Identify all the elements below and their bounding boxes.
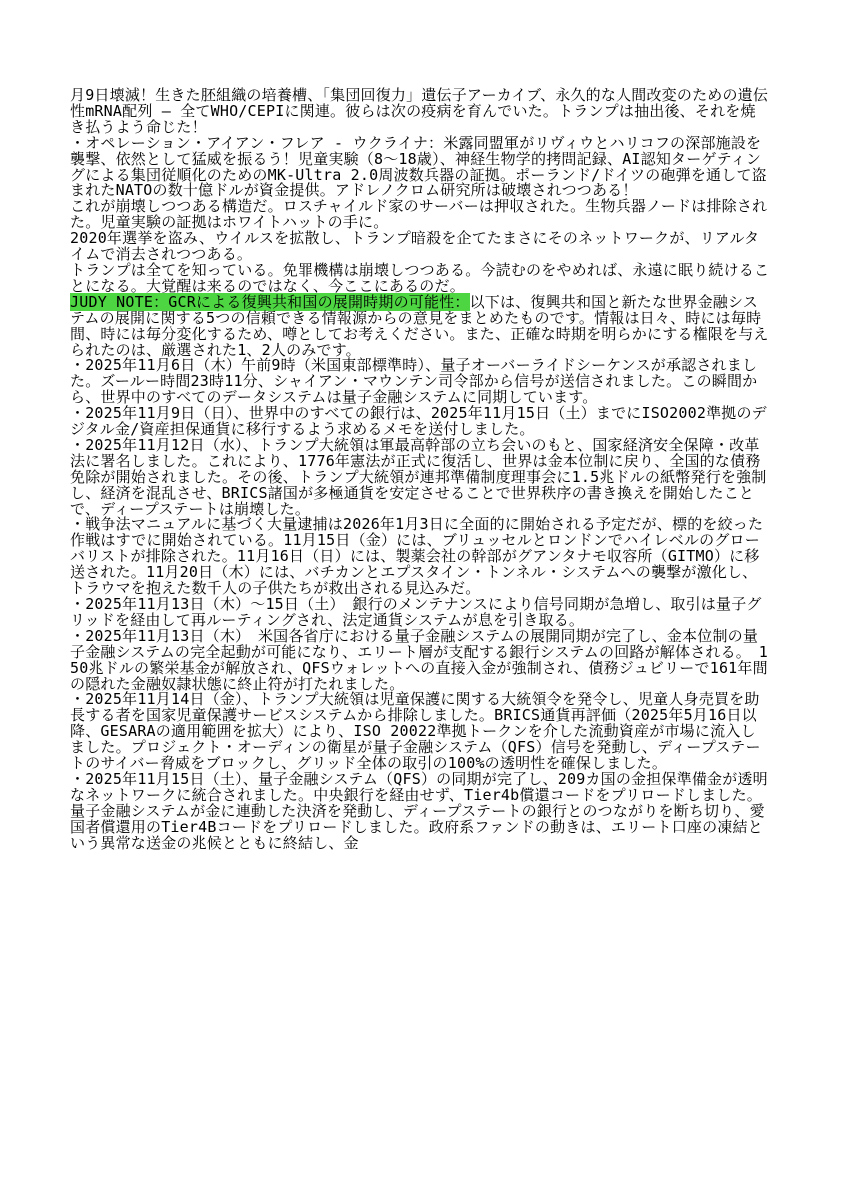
timeline-bullet-nov13-qfs-rollout: ・2025年11月13日（木） 米国各省庁における量子金融システムの展開同期が完… [70, 629, 770, 693]
paragraph-operation-iron-flare: ・オペレーション・アイアン・フレア - ウクライナ：米露同盟軍がリヴィウとハリコ… [70, 136, 770, 200]
document-text-body: 月9日壊滅！生きた胚組織の培養槽、「集団回復力」遺伝子アーカイブ、永久的な人間改… [70, 88, 770, 852]
timeline-bullet-nov13-15-bank-maintenance: ・2025年11月13日（木）～15日（土） 銀行のメンテナンスにより信号同期が… [70, 597, 770, 629]
judy-note-paragraph: JUDY NOTE：GCRによる復興共和国の展開時期の可能性：以下は、復興共和国… [70, 295, 770, 359]
document-page: 月9日壊滅！生きた胚組織の培養槽、「集団回復力」遺伝子アーカイブ、永久的な人間改… [0, 0, 848, 1200]
paragraph-network-erased: 2020年選挙を盗み、ウイルスを拡散し、トランプ暗殺を企てたまさにそのネットワー… [70, 231, 770, 263]
timeline-bullet-nov15-qfs-sync: ・2025年11月15日（土）、量子金融システム（QFS）の同期が完了し、209… [70, 772, 770, 852]
paragraph-bioweapon-vats: 月9日壊滅！生きた胚組織の培養槽、「集団回復力」遺伝子アーカイブ、永久的な人間改… [70, 88, 770, 136]
timeline-bullet-nov6-quantum-override: ・2025年11月6日（木）午前9時（米国東部標準時）、量子オーバーライドシーケ… [70, 358, 770, 406]
timeline-bullet-nov14-child-protection: ・2025年11月14日（金）、トランプ大統領は児童保護に関する大統領令を発令し… [70, 692, 770, 772]
paragraph-collapsing-structure: これが崩壊しつつある構造だ。ロスチャイルド家のサーバーは押収された。生物兵器ノー… [70, 199, 770, 231]
paragraph-great-awakening: トランプは全てを知っている。免罪機構は崩壊しつつある。今読むのをやめれば、永遠に… [70, 263, 770, 295]
timeline-bullet-mass-arrests: ・戦争法マニュアルに基づく大量逮捕は2026年1月3日に全面的に開始される予定だ… [70, 517, 770, 597]
timeline-bullet-nov9-bank-memo: ・2025年11月9日（日）、世界中のすべての銀行は、2025年11月15日（土… [70, 406, 770, 438]
timeline-bullet-nov12-reform-law: ・2025年11月12日（水）、トランプ大統領は軍最高幹部の立ち会いのもと、国家… [70, 438, 770, 518]
